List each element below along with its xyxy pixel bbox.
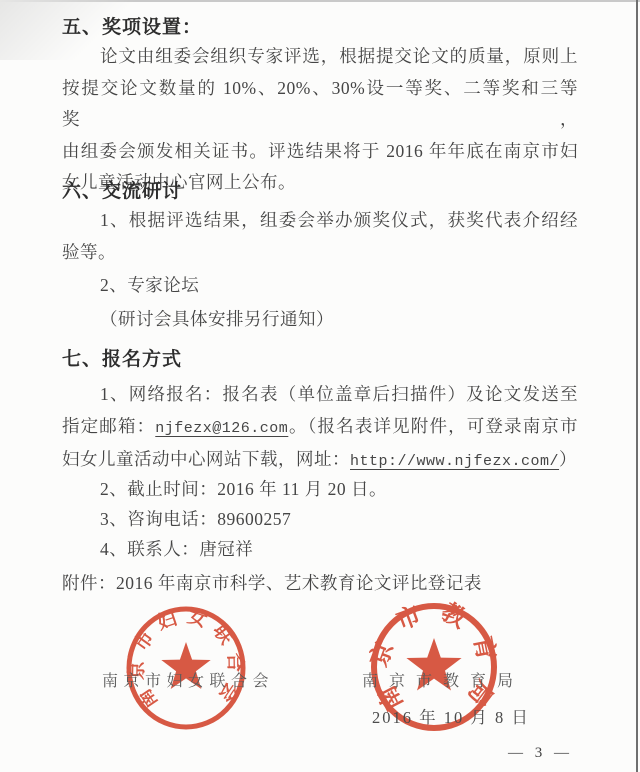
- paragraph-line: 4、联系人：唐冠祥: [62, 534, 578, 566]
- paragraph-line: 验等。: [62, 237, 578, 269]
- signature-date: 2016 年 10 月 8 日: [372, 704, 530, 728]
- section7-heading: 七、报名方式: [62, 344, 578, 371]
- section7-item1: 1、网络报名：报名表（单位盖章后扫描件）及论文发送至 指定邮箱：njfezx@1…: [62, 379, 578, 478]
- paragraph-line: 2、截止时间：2016 年 11 月 20 日。: [62, 474, 578, 506]
- website-url: http://www.njfezx.com/: [350, 453, 559, 470]
- text-after-email: 。（报名表详见附件，可登录南京市: [288, 416, 578, 436]
- text-after-url: ）: [559, 449, 577, 469]
- section6-heading: 六、交流研讨: [62, 176, 578, 203]
- label-email: 指定邮箱：: [62, 416, 155, 436]
- paragraph-line: 1、网络报名：报名表（单位盖章后扫描件）及论文发送至: [62, 379, 578, 411]
- attachment-line: 附件：2016 年南京市科学、艺术教育论文评比登记表: [62, 568, 578, 600]
- section5-paragraph: 论文由组委会组织专家评选，根据提交论文的质量，原则上 按提交论文数量的 10%、…: [62, 41, 578, 199]
- paragraph-line: （研讨会具体安排另行通知）: [62, 304, 578, 336]
- label-url: 妇女儿童活动中心网站下载，网址：: [62, 449, 350, 469]
- page-number: — 3 —: [508, 745, 573, 762]
- section6-item2: 2、专家论坛: [62, 270, 578, 302]
- section6-item1: 1、根据评选结果，组委会举办颁奖仪式，获奖代表介绍经 验等。: [62, 205, 578, 268]
- signature-org-right: 南京市教育局: [362, 668, 524, 691]
- email-address: njfezx@126.com: [155, 420, 288, 437]
- paragraph-line: 妇女儿童活动中心网站下载，网址：http://www.njfezx.com/）: [62, 444, 578, 478]
- paragraph-line: 指定邮箱：njfezx@126.com。（报名表详见附件，可登录南京市: [62, 411, 578, 445]
- section6-note: （研讨会具体安排另行通知）: [62, 304, 578, 336]
- section7-item4: 4、联系人：唐冠祥: [62, 534, 578, 566]
- signature-org-left: 南京市妇女联合会: [102, 668, 274, 691]
- paragraph-line: 按提交论文数量的 10%、20%、30%设一等奖、二等奖和三等奖，: [62, 73, 578, 136]
- paragraph-line: 附件：2016 年南京市科学、艺术教育论文评比登记表: [62, 568, 578, 600]
- section7-item3: 3、咨询电话：89600257: [62, 504, 578, 536]
- scan-right-edge: [636, 0, 638, 772]
- paragraph-line: 2、专家论坛: [62, 270, 578, 302]
- paragraph-line: 论文由组委会组织专家评选，根据提交论文的质量，原则上: [62, 41, 578, 73]
- paragraph-line: 1、根据评选结果，组委会举办颁奖仪式，获奖代表介绍经: [62, 205, 578, 237]
- scanned-document-page: 五、奖项设置： 论文由组委会组织专家评选，根据提交论文的质量，原则上 按提交论文…: [0, 0, 640, 772]
- section7-item2: 2、截止时间：2016 年 11 月 20 日。: [62, 474, 578, 506]
- paragraph-line: 3、咨询电话：89600257: [62, 504, 578, 536]
- section5-heading: 五、奖项设置：: [62, 12, 578, 39]
- paragraph-line: 由组委会颁发相关证书。评选结果将于 2016 年年底在南京市妇: [62, 136, 578, 168]
